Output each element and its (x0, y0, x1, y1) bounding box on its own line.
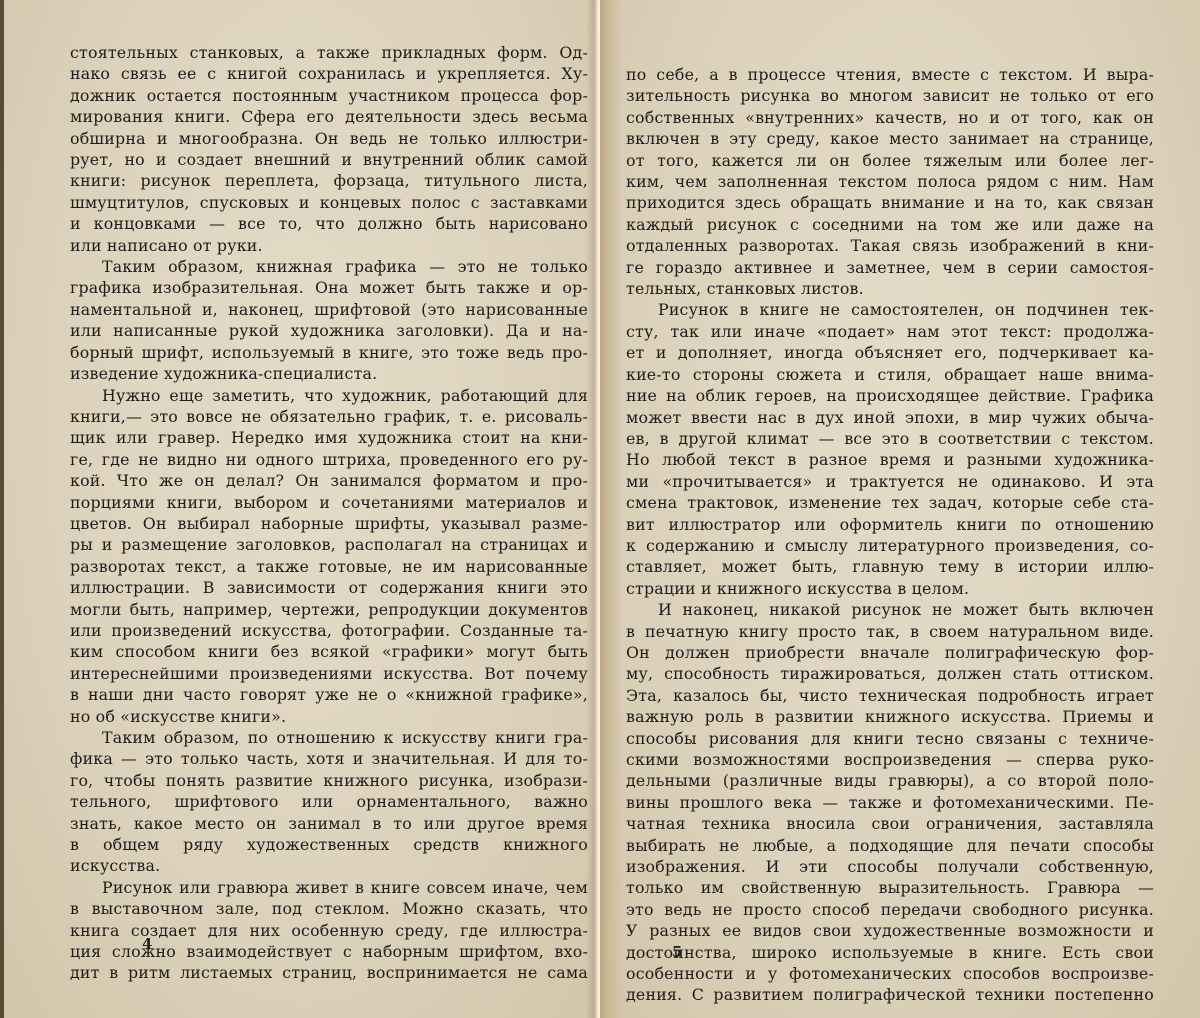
text-line: изведение художника-специалиста. (70, 363, 588, 384)
paragraph: И наконец, никакой рисунок не может быть… (626, 599, 1154, 1006)
text-line: Но любой текст в разное время и разными … (626, 449, 1154, 470)
text-line: и концовками — все то, что должно быть н… (70, 213, 588, 234)
text-line: Рисунок в книге не самостоятелен, он под… (626, 299, 1154, 320)
text-line: ры и размещение заголовков, располагал н… (70, 534, 588, 555)
text-line: вины прошлого века — также и фотомеханич… (626, 792, 1154, 813)
text-line: кой. Что же он делал? Он занимался форма… (70, 470, 588, 491)
text-line: ким способом книги без всякой «графики» … (70, 641, 588, 662)
text-line: зительность рисунка во многом зависит не… (626, 85, 1154, 106)
text-line: смена трактовок, изменение тех задач, ко… (626, 492, 1154, 513)
right-page: по себе, а в процессе чтения, вместе с т… (600, 0, 1200, 1018)
text-line: в печатную книгу просто так, в своем нат… (626, 621, 1154, 642)
text-line: цветов. Он выбирал наборные шрифты, указ… (70, 513, 588, 534)
text-line: фика — это только часть, хотя и значител… (70, 748, 588, 769)
right-page-text: по себе, а в процессе чтения, вместе с т… (626, 64, 1154, 1006)
text-line: страции и книжного искусства в целом. (626, 578, 1154, 599)
text-line: ге гораздо активнее и заметнее, чем в се… (626, 257, 1154, 278)
paragraph: Рисунок или гравюра живет в книге совсем… (70, 877, 588, 984)
text-line: могли быть, например, чертежи, репродукц… (70, 599, 588, 620)
text-line: ге, где не видно ни одного штриха, прове… (70, 449, 588, 470)
text-line: выбирать не любые, а подходящие для печа… (626, 835, 1154, 856)
text-line: ет и дополняет, иногда объясняет его, по… (626, 342, 1154, 363)
text-line: чатная техника вносила свои ограничения,… (626, 813, 1154, 834)
text-line: в наши дни часто говорят уже не о «книжн… (70, 684, 588, 705)
text-line: Нужно еще заметить, что художник, работа… (70, 385, 588, 406)
text-line: Эта, казалось бы, чисто техническая подр… (626, 685, 1154, 706)
page-number-left: 4 (142, 935, 152, 953)
text-line: дит в ритм листаемых страниц, воспринима… (70, 962, 588, 983)
text-line: может ввести нас в дух иной эпохи, в мир… (626, 407, 1154, 428)
text-line: книги,— это вовсе не обязательно график,… (70, 406, 588, 427)
text-line: важную роль в развитии книжного искусств… (626, 706, 1154, 727)
text-line: Таким образом, книжная графика — это не … (70, 256, 588, 277)
text-line: интереснейшими произведениями искусства.… (70, 663, 588, 684)
book-spread: стоятельных станковых, а также прикладны… (0, 0, 1200, 1018)
text-line: обширна и многообразна. Он ведь не тольк… (70, 128, 588, 149)
text-line: шмуцтитулов, спусковых и концевых полос … (70, 192, 588, 213)
text-line: сту, так или иначе «подает» нам этот тек… (626, 321, 1154, 342)
paragraph: Рисунок в книге не самостоятелен, он под… (626, 299, 1154, 599)
text-line: И наконец, никакой рисунок не может быть… (626, 599, 1154, 620)
text-line: книги: рисунок переплета, форзаца, титул… (70, 170, 588, 191)
text-line: по себе, а в процессе чтения, вместе с т… (626, 64, 1154, 85)
text-line: У разных ее видов свои художественные во… (626, 920, 1154, 941)
text-line: это ведь не просто способ передачи свобо… (626, 899, 1154, 920)
gutter-shadow (600, 0, 622, 1018)
text-line: или написанные рукой художника заголовки… (70, 320, 588, 341)
text-line: Рисунок или гравюра живет в книге совсем… (70, 877, 588, 898)
text-line: тельных, станковых листов. (626, 278, 1154, 299)
text-line: ставляет, может быть, главную тему в ист… (626, 556, 1154, 577)
text-line: Таким образом, по отношению к искусству … (70, 727, 588, 748)
text-line: кие-то стороны сюжета и стиля, обращает … (626, 364, 1154, 385)
text-line: приходится здесь обращать внимание и на … (626, 192, 1154, 213)
text-line: но об «искусстве книги». (70, 706, 588, 727)
text-line: включен в эту среду, какое место занимае… (626, 128, 1154, 149)
text-line: щик или гравер. Нередко имя художника ст… (70, 427, 588, 448)
text-line: или написано от руки. (70, 235, 588, 256)
text-line: разворотах текст, а также готовые, не им… (70, 556, 588, 577)
text-line: графика изобразительная. Она может быть … (70, 277, 588, 298)
text-line: особенности и у фотомеханических способо… (626, 963, 1154, 984)
text-line: ким, чем заполненная текстом полоса рядо… (626, 171, 1154, 192)
text-line: в общем ряду художественных средств книж… (70, 834, 588, 855)
text-line: дожник остается постоянным участником пр… (70, 85, 588, 106)
text-line: от того, кажется ли он более тяжелым или… (626, 150, 1154, 171)
text-line: изображения. И эти способы получали собс… (626, 856, 1154, 877)
text-line: или произведений искусства, фотографии. … (70, 620, 588, 641)
text-line: знать, какое место он занимал в то или д… (70, 813, 588, 834)
paragraph: Нужно еще заметить, что художник, работа… (70, 385, 588, 728)
gutter-shadow (586, 0, 600, 1018)
text-line: му, способность тиражироваться, должен с… (626, 663, 1154, 684)
text-line: ми «прочитывается» и трактуется не одина… (626, 471, 1154, 492)
paragraph: Таким образом, книжная графика — это не … (70, 256, 588, 384)
text-line: вит иллюстратор или оформитель книги по … (626, 514, 1154, 535)
text-line: порциями книги, выбором и сочетаниями ма… (70, 492, 588, 513)
paragraph: стоятельных станковых, а также прикладны… (70, 42, 588, 256)
text-line: дения. С развитием полиграфической техни… (626, 984, 1154, 1005)
text-line: наментальной и, наконец, шрифтовой (это … (70, 299, 588, 320)
text-line: только им свойственную выразительность. … (626, 877, 1154, 898)
text-line: достоинства, широко используемые в книге… (626, 942, 1154, 963)
text-line: собственных «внутренних» качеств, но и о… (626, 107, 1154, 128)
text-line: тельного, шрифтового или орнаментального… (70, 791, 588, 812)
text-line: в выставочном зале, под стеклом. Можно с… (70, 898, 588, 919)
text-line: рует, но и создает внешний и внутренний … (70, 149, 588, 170)
text-line: борный шрифт, используемый в книге, это … (70, 342, 588, 363)
text-line: отдаленных разворотах. Такая связь изобр… (626, 235, 1154, 256)
text-line: Он должен приобрести вначале полиграфиче… (626, 642, 1154, 663)
text-line: искусства. (70, 855, 588, 876)
text-line: к содержанию и смыслу литературного прои… (626, 535, 1154, 556)
text-line: иллюстрации. В зависимости от содержания… (70, 577, 588, 598)
text-line: способы рисования для книги тесно связан… (626, 728, 1154, 749)
left-page: стоятельных станковых, а также прикладны… (0, 0, 600, 1018)
text-line: дельными (различные виды гравюры), а со … (626, 770, 1154, 791)
page-number-right: 5 (672, 943, 682, 961)
text-line: мирования книги. Сфера его деятельности … (70, 106, 588, 127)
left-page-text: стоятельных станковых, а также прикладны… (70, 42, 588, 984)
text-line: каждый рисунок с соседними на том же или… (626, 214, 1154, 235)
text-line: стоятельных станковых, а также прикладны… (70, 42, 588, 63)
text-line: скими возможностями воспроизведения — сп… (626, 749, 1154, 770)
paragraph: Таким образом, по отношению к искусству … (70, 727, 588, 877)
text-line: нако связь ее с книгой сохранилась и укр… (70, 63, 588, 84)
text-line: го, чтобы понять развитие книжного рисун… (70, 770, 588, 791)
paragraph: по себе, а в процессе чтения, вместе с т… (626, 64, 1154, 299)
text-line: ев, в другой климат — все это в соответс… (626, 428, 1154, 449)
text-line: ние на облик героев, на происходящее дей… (626, 385, 1154, 406)
